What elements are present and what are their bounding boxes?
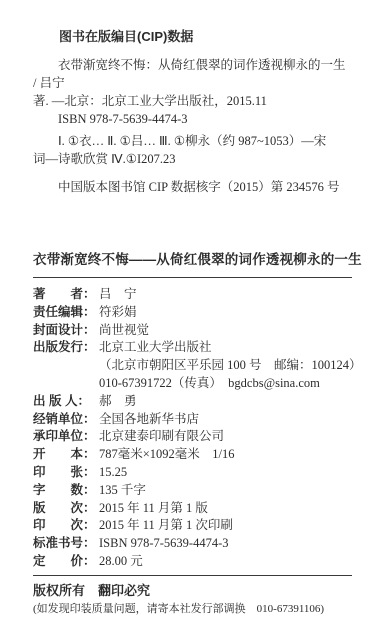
row-value: ISBN 978-7-5639-4474-3 [99,535,229,553]
publication-row-format: 开 本：787毫米×1092毫米 1/16 [33,446,352,464]
row-label: 出 版 人： [33,393,99,411]
row-value: 北京建泰印刷有限公司 [99,428,224,446]
cip-description-line2: 著. —北京：北京工业大学出版社，2015.11 [33,92,352,110]
row-value: 符彩娟 [99,304,137,322]
row-label: 著 者： [33,286,99,304]
row-label: 开 本： [33,446,99,464]
publication-row-phone-email: 010-67391722（传真） bgdcbs@sina.com [33,375,352,393]
publication-info-list: 著 者：吕 宁 责任编辑：符彩娟 封面设计：尚世视觉 出版发行：北京工业大学出版… [33,286,352,571]
footer-section: 版权所有 翻印必究 (如发现印装质量问题，请寄本社发行部调换 010-67391… [33,582,352,617]
row-label: 承印单位： [33,428,99,446]
row-label: 封面设计： [33,322,99,340]
row-value: 2015 年 11 月第 1 版 [99,500,208,518]
publication-row-editor: 责任编辑：符彩娟 [33,304,352,322]
row-label: 经销单位： [33,411,99,429]
cip-description-line1: 衣带渐宽终不悔：从倚红偎翠的词作透视柳永的一生 / 吕宁 [33,56,352,92]
row-label: 字 数： [33,482,99,500]
row-value: 全国各地新华书店 [99,411,199,429]
row-value: 北京工业大学出版社 [99,339,212,357]
row-label [33,357,99,375]
publication-row-publisher-person: 出 版 人：郝 勇 [33,393,352,411]
row-label: 标准书号： [33,535,99,553]
row-label: 版 次： [33,500,99,518]
publication-row-edition: 版 次：2015 年 11 月第 1 版 [33,500,352,518]
cip-classification-line2: 词—诗歌欣赏 Ⅳ.①I207.23 [33,150,352,168]
row-label: 印 次： [33,517,99,535]
copyright-page: 图书在版编目(CIP)数据 衣带渐宽终不悔：从倚红偎翠的词作透视柳永的一生 / … [0,0,375,630]
row-value: 2015 年 11 月第 1 次印刷 [99,517,233,535]
row-value: 郝 勇 [99,393,137,411]
row-value: 吕 宁 [99,286,137,304]
publication-row-author: 著 者：吕 宁 [33,286,352,304]
publication-row-distributor: 经销单位：全国各地新华书店 [33,411,352,429]
cip-header: 图书在版编目(CIP)数据 [33,28,352,46]
publication-row-isbn: 标准书号：ISBN 978-7-5639-4474-3 [33,535,352,553]
quality-note: (如发现印装质量问题，请寄本社发行部调换 010-67391106) [33,601,352,617]
cip-classification-line1: Ⅰ. ①衣… Ⅱ. ①吕… Ⅲ. ①柳永（约 987~1053）—宋 [33,132,352,150]
row-value: （北京市朝阳区平乐园 100 号 邮编：100124） [99,357,362,375]
copyright-notice: 版权所有 翻印必究 [33,582,352,600]
publication-row-sheets: 印 张：15.25 [33,464,352,482]
row-label: 定 价： [33,553,99,571]
row-value: 尚世视觉 [99,322,149,340]
row-value: 787毫米×1092毫米 1/16 [99,446,235,464]
cip-record-number: 中国版本图书馆 CIP 数据核字（2015）第 234576 号 [33,178,352,196]
row-value: 010-67391722（传真） bgdcbs@sina.com [99,375,320,393]
book-title: 衣带渐宽终不悔——从倚红偎翠的词作透视柳永的一生 [33,251,352,269]
cip-isbn: ISBN 978-7-5639-4474-3 [33,110,352,128]
row-label [33,375,99,393]
publication-row-word-count: 字 数：135 千字 [33,482,352,500]
publication-row-price: 定 价：28.00 元 [33,553,352,571]
row-value: 135 千字 [99,482,146,500]
publication-row-printer: 承印单位：北京建泰印刷有限公司 [33,428,352,446]
publication-row-printing: 印 次：2015 年 11 月第 1 次印刷 [33,517,352,535]
cip-classification: Ⅰ. ①衣… Ⅱ. ①吕… Ⅲ. ①柳永（约 987~1053）—宋 词—诗歌欣… [33,132,352,168]
title-divider [33,277,352,278]
publication-row-cover-design: 封面设计：尚世视觉 [33,322,352,340]
row-label: 出版发行： [33,339,99,357]
cip-section: 图书在版编目(CIP)数据 衣带渐宽终不悔：从倚红偎翠的词作透视柳永的一生 / … [33,28,352,196]
row-label: 印 张： [33,464,99,482]
publication-row-address: （北京市朝阳区平乐园 100 号 邮编：100124） [33,357,352,375]
footer-divider [33,575,352,576]
publication-row-publisher: 出版发行：北京工业大学出版社 [33,339,352,357]
row-label: 责任编辑： [33,304,99,322]
row-value: 28.00 元 [99,553,143,571]
row-value: 15.25 [99,464,127,482]
